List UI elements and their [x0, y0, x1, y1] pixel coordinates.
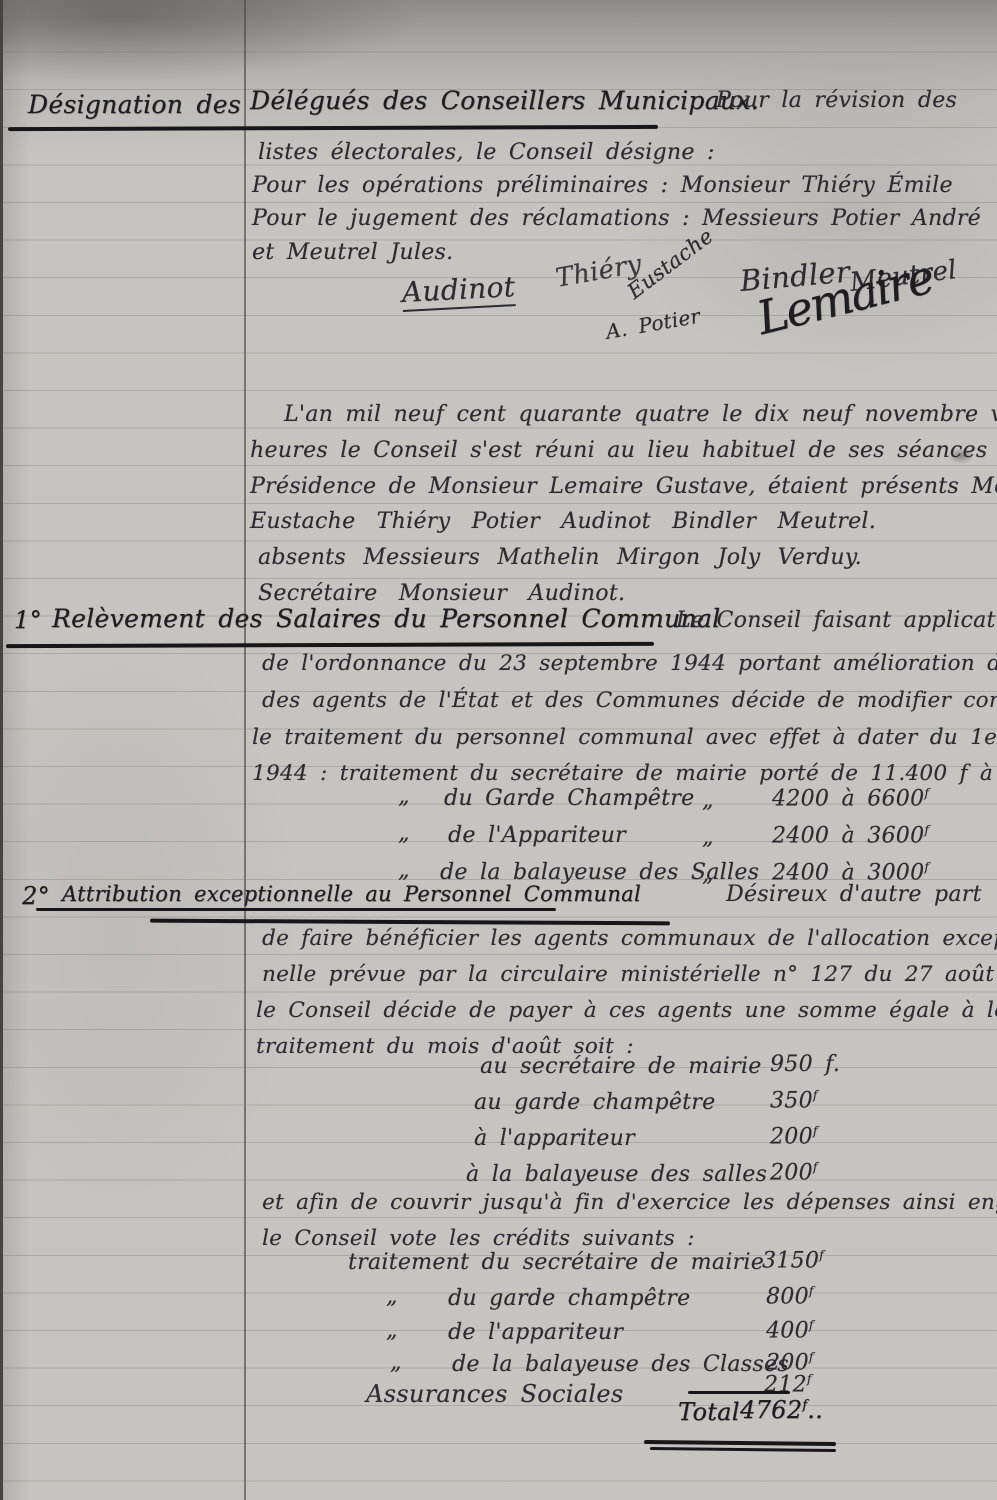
closing-line: le Conseil vote les crédits suivants :: [262, 1226, 695, 1251]
credit-label: de l'appariteur: [448, 1320, 623, 1345]
allocation-value: 350f: [770, 1088, 817, 1113]
credit-value: 800f: [766, 1284, 813, 1309]
section1-number: 1°: [14, 606, 42, 634]
section1-line: des agents de l'État et des Communes déc…: [262, 688, 997, 713]
register-page: Désignation des Délégués des Conseillers…: [0, 0, 997, 1500]
total-underline: [644, 1440, 836, 1446]
session-line: Eustache Thiéry Potier Audinot Bindler M…: [250, 509, 876, 534]
section1-line: de l'ordonnance du 23 septembre 1944 por…: [262, 651, 997, 676]
section1-line: le traitement du personnel communal avec…: [252, 725, 997, 750]
allocation-label: à la balayeuse des salles: [466, 1162, 767, 1187]
ink-underline: [36, 908, 556, 911]
header-line: et Meutrel Jules.: [252, 240, 453, 265]
margin-rule: [244, 0, 246, 1500]
section1-heading: Relèvement des Salaires du Personnel Com…: [52, 604, 720, 633]
credit-label: Assurances Sociales: [366, 1380, 623, 1408]
signature-audinot: Audinot: [401, 270, 516, 312]
section1-intro: Le Conseil faisant application: [676, 608, 997, 633]
credit-label: de la balayeuse des Classes: [452, 1352, 789, 1377]
allocation-label: au garde champêtre: [474, 1090, 715, 1115]
session-line: L'an mil neuf cent quarante quatre le di…: [284, 402, 997, 427]
section2-number: 2°: [22, 882, 50, 910]
ditto-mark: „: [386, 1284, 398, 1309]
total-underline: [650, 1447, 836, 1452]
sum-line: [688, 1391, 790, 1394]
deliberation-title: Délégués des Conseillers Municipaux.: [250, 86, 759, 115]
ruled-lines: [0, 15, 997, 1500]
closing-line: et afin de couvrir jusqu'à fin d'exercic…: [262, 1190, 997, 1215]
header-line: Pour le jugement des réclamations : Mess…: [252, 206, 981, 231]
title-suffix: Pour la révision des: [716, 88, 957, 113]
ink-underline: [8, 125, 658, 131]
ditto-mark: „: [386, 1318, 398, 1343]
allocation-label: à l'appariteur: [474, 1126, 635, 1151]
section2-intro: Désireux d'autre part: [726, 882, 982, 907]
ditto-mark: „: [398, 784, 410, 809]
total-value: 4762f..: [740, 1396, 823, 1424]
credit-value: 400f: [766, 1318, 813, 1343]
session-line: absents Messieurs Mathelin Mirgon Joly V…: [258, 545, 862, 570]
ditto-mark: „: [390, 1350, 402, 1375]
allocation-value: 200f: [770, 1124, 817, 1149]
session-line: heures le Conseil s'est réuni au lieu ha…: [250, 438, 997, 463]
ink-underline: [6, 642, 654, 648]
session-line: Présidence de Monsieur Lemaire Gustave, …: [250, 474, 997, 499]
allocation-value: 950 f.: [770, 1052, 840, 1077]
header-line: listes électorales, le Conseil désigne :: [258, 140, 715, 165]
margin-heading: Désignation des: [28, 90, 241, 119]
credit-value: 212f: [764, 1372, 811, 1397]
signature-potier: A. Potier: [604, 304, 702, 344]
section2-line: nelle prévue par la circulaire ministéri…: [262, 962, 997, 987]
page-edge: [0, 0, 3, 1500]
section1-line: 1944 : traitement du secrétaire de mairi…: [252, 761, 997, 786]
salary-row-label: de l'Appariteur: [448, 823, 626, 848]
credit-value: 3150f: [762, 1248, 824, 1273]
session-line: Secrétaire Monsieur Audinot.: [258, 581, 625, 606]
allocation-value: 200f: [770, 1160, 817, 1185]
allocation-label: au secrétaire de mairie: [480, 1054, 762, 1079]
ink-underline: [150, 919, 670, 925]
ditto-mark: „: [702, 862, 714, 887]
ditto-mark: „: [702, 788, 714, 813]
credit-label: traitement du secrétaire de mairie: [348, 1250, 764, 1275]
section2-line: de faire bénéficier les agents communaux…: [262, 926, 997, 951]
ditto-mark: „: [398, 858, 410, 883]
section2-line: le Conseil décide de payer à ces agents …: [256, 998, 997, 1023]
salary-row-value: 2400 à 3600f: [772, 823, 929, 848]
total-label: Total: [678, 1398, 740, 1426]
section2-heading: Attribution exceptionnelle au Personnel …: [62, 882, 641, 906]
credit-label: du garde champêtre: [448, 1286, 690, 1311]
salary-row-value: 4200 à 6600f: [772, 786, 929, 811]
salary-row-label: du Garde Champêtre: [444, 786, 694, 811]
ditto-mark: „: [398, 821, 410, 846]
ditto-mark: „: [702, 825, 714, 850]
header-line: Pour les opérations préliminaires : Mons…: [252, 173, 953, 198]
